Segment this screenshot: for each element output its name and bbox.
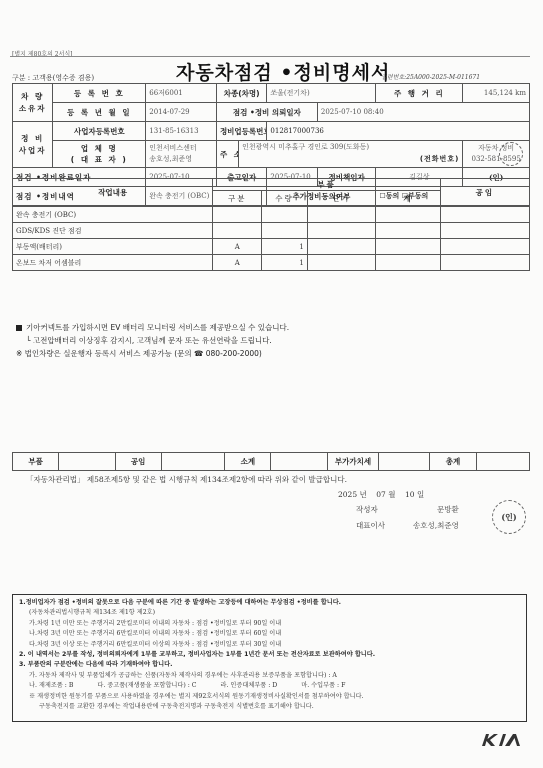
- term-2: 2. 이 내역서는 2부를 작성, 정비의뢰자에게 1부를 교부하고, 정비사업…: [19, 650, 520, 660]
- table-row: GDS/KDS 진단 점검: [13, 223, 530, 239]
- type-cell: [213, 207, 262, 223]
- table-row: 완속 충전기 (OBC): [13, 207, 530, 223]
- term-1-a: 가.차령 1년 미만 또는 주행거리 2만킬로미터 이내의 자동차 : 점검 •…: [19, 619, 520, 629]
- issue-date: 2025 년 07 월 10 일: [338, 489, 424, 500]
- type-header: 구분: [213, 191, 262, 207]
- work-table: 작업내용 부품 공임 구분 수량 단가 계 완속 충전기 (OBC)GDS/KD…: [12, 178, 530, 271]
- qty-cell: 1: [262, 239, 308, 255]
- top-divider: [10, 56, 530, 57]
- term-3-c: 다. 중고품(재생품을 포함합니다) : C: [97, 682, 196, 689]
- reg-date-value: 2014-07-29: [146, 103, 217, 122]
- manager-seal-stamp: [499, 142, 523, 166]
- parts-header: 부품: [213, 179, 440, 191]
- notice-line-3: ※ 법인차량은 실운행자 등록시 서비스 제공가능 (문의 ☎ 080-200-…: [16, 347, 289, 360]
- type-cell: A: [213, 255, 262, 271]
- law-statement: 「자동차관리법」 제58조제5항 및 같은 법 시행규칙 제134조제2항에 따…: [26, 474, 347, 485]
- unit-price-cell: [307, 239, 376, 255]
- labor-cell: [440, 207, 529, 223]
- biz-no-label: 사업자등록번호: [53, 122, 146, 141]
- shop-rep: 송호성,최준영: [149, 154, 213, 165]
- term-3-note-2: 구동축전지를 교환한 경우에는 작업내용란에 구동축전지명과 구동축전지 식별번…: [19, 702, 520, 712]
- company-seal-stamp: (인): [492, 500, 526, 534]
- model-value: 쏘울(전기차): [267, 84, 376, 103]
- sum-total-label: 총계: [430, 453, 476, 471]
- issue-month: 07: [376, 490, 386, 499]
- phone-label: (전화번호): [242, 153, 459, 165]
- labor-cell: [440, 223, 529, 239]
- request-date-value: 2025-07-10 08:40: [317, 103, 529, 122]
- kia-logo-icon: [480, 731, 526, 749]
- qty-cell: [262, 223, 308, 239]
- name-label: 업 체 명: [56, 143, 142, 154]
- type-cell: A: [213, 239, 262, 255]
- term-1: 1.정비업자가 점검 •정비의 잘못으로 다음 구분에 따른 기간 중 발생하는…: [19, 598, 520, 608]
- square-bullet-icon: [16, 325, 22, 331]
- unit-price-header: 단가: [307, 191, 376, 207]
- serial-label: 일련번호:: [381, 74, 406, 81]
- work-header: 작업내용: [13, 179, 213, 207]
- rep-label: ( 대 표 자 ): [56, 154, 142, 165]
- work-cell: 온보드 차저 어셈블리: [13, 255, 213, 271]
- qty-cell: [262, 207, 308, 223]
- owner-section-label: 차 량 소유자: [13, 84, 53, 122]
- serial-number: 일련번호:25A000-2025-M-011671: [381, 72, 480, 81]
- document-title: 자동차점검 •정비명세서: [176, 58, 390, 85]
- unit-price-cell: [307, 223, 376, 239]
- request-date-label: 점검 •정비 의뢰일자: [216, 103, 317, 122]
- shop-section-label: 정 비 사업자: [13, 122, 53, 168]
- summary-table: 부품 공임 소계 부가가치세 총계: [12, 452, 530, 471]
- ev-service-notice: 기아커넥트를 가입하시면 EV 배터리 모니터링 서비스를 제공받으실 수 있습…: [16, 321, 289, 360]
- term-3-a: 가. 자동차 제작사 및 부품업체가 공급하는 신품(자동차 제작사의 경우에는…: [19, 671, 520, 681]
- term-3-d: 라. 인증대체부품 : D: [221, 682, 278, 689]
- total-cell: [376, 239, 440, 255]
- issue-day: 10: [405, 490, 415, 499]
- address-text: 인천광역시 미추홀구 경인로 309(도화동): [242, 141, 459, 153]
- unit-price-cell: [307, 207, 376, 223]
- sum-subtotal-label: 소계: [225, 453, 271, 471]
- total-header: 계: [376, 191, 440, 207]
- term-3: 3. 부품란의 구분란에는 다음에 따라 기재하여야 합니다.: [19, 660, 520, 670]
- writer-label: 작성자: [356, 504, 378, 515]
- reg-date-label: 등 록 년 월 일: [53, 103, 146, 122]
- address-label: 주 소: [216, 141, 238, 168]
- mileage-label: 주 행 거 리: [376, 84, 463, 103]
- work-cell: GDS/KDS 진단 점검: [13, 223, 213, 239]
- sum-parts-label: 부품: [13, 453, 59, 471]
- term-3-e: 마. 수입부품 : F: [301, 682, 345, 689]
- sum-vat-label: 부가가치세: [327, 453, 378, 471]
- serial-value: 25A000-2025-M-011671: [406, 74, 480, 81]
- sum-labor-value: [161, 453, 225, 471]
- day-unit: 일: [417, 490, 424, 499]
- mileage-value: 145,124 km: [463, 84, 530, 103]
- type-cell: [213, 223, 262, 239]
- repair-reg-value: 012817000736: [267, 122, 530, 141]
- unit-price-cell: [307, 255, 376, 271]
- labor-cell: [440, 255, 529, 271]
- work-cell: 완속 충전기 (OBC): [13, 207, 213, 223]
- ceo-label: 대표이사: [356, 520, 385, 531]
- repair-reg-label: 정비업등록번호: [216, 122, 266, 141]
- model-label: 차종(차명): [216, 84, 266, 103]
- work-cell: 부동액(배터리): [13, 239, 213, 255]
- total-cell: [376, 255, 440, 271]
- term-1-c: 다.차령 3년 이상 또는 주행거리 6만킬로미터 이상의 자동차 : 점검 •…: [19, 640, 520, 650]
- total-cell: [376, 223, 440, 239]
- reg-no-label: 등 록 번 호: [53, 84, 146, 103]
- year-unit: 년: [359, 490, 366, 499]
- reg-no-value: 66저6001: [146, 84, 217, 103]
- mileage-number: 145,124: [484, 89, 513, 97]
- notice-line-1-text: 기아커넥트를 가입하시면 EV 배터리 모니터링 서비스를 제공받으실 수 있습…: [26, 323, 289, 332]
- total-cell: [376, 207, 440, 223]
- biz-no-value: 131-85-16313: [146, 122, 217, 141]
- table-row: 부동액(배터리)A1: [13, 239, 530, 255]
- table-row: 온보드 차저 어셈블리A1: [13, 255, 530, 271]
- address-value: 인천광역시 미추홀구 경인로 309(도화동)(전화번호): [239, 141, 463, 168]
- labor-header: 공임: [440, 179, 529, 207]
- terms-box: 1.정비업자가 점검 •정비의 잘못으로 다음 구분에 따른 기간 중 발생하는…: [12, 594, 527, 722]
- month-unit: 월: [388, 490, 395, 499]
- shop-name: 인천서비스센터: [149, 143, 213, 154]
- sum-subtotal-value: [271, 453, 327, 471]
- mileage-unit: km: [515, 89, 526, 97]
- name-rep-value: 인천서비스센터송호성,최준영: [146, 141, 217, 168]
- issue-year: 2025: [338, 490, 357, 499]
- document-category: 구분 : 고객용(영수증 겸용): [12, 73, 94, 83]
- sum-labor-label: 공임: [115, 453, 161, 471]
- qty-cell: 1: [262, 255, 308, 271]
- term-1-b: 나.차령 3년 미만 또는 주행거리 6만킬로미터 이내의 자동차 : 점검 •…: [19, 629, 520, 639]
- writer-name: 문방환: [437, 504, 459, 515]
- sum-vat-value: [379, 453, 430, 471]
- term-1-ref: (자동차관리법시행규칙 제134조 제1항 제2호): [19, 608, 520, 618]
- sum-parts-value: [59, 453, 115, 471]
- qty-header: 수량: [262, 191, 308, 207]
- term-3-codes: 나. 재제조품 : B 다. 중고품(재생품을 포함합니다) : C 라. 인증…: [19, 681, 520, 691]
- notice-line-2: └ 고전압배터리 이상징후 감지시, 고객님께 문자 또는 유선연락을 드립니다…: [16, 334, 289, 347]
- ceo-name: 송호성,최준영: [413, 520, 459, 531]
- name-rep-label: 업 체 명( 대 표 자 ): [53, 141, 146, 168]
- term-3-b: 나. 재제조품 : B: [29, 682, 73, 689]
- notice-line-1: 기아커넥트를 가입하시면 EV 배터리 모니터링 서비스를 제공받으실 수 있습…: [16, 321, 289, 334]
- sum-total-value: [476, 453, 529, 471]
- labor-cell: [440, 239, 529, 255]
- term-3-note-1: ※ 재생정비한 원동기를 부품으로 사용하였을 경우에는 별지 제92호서식의 …: [19, 692, 520, 702]
